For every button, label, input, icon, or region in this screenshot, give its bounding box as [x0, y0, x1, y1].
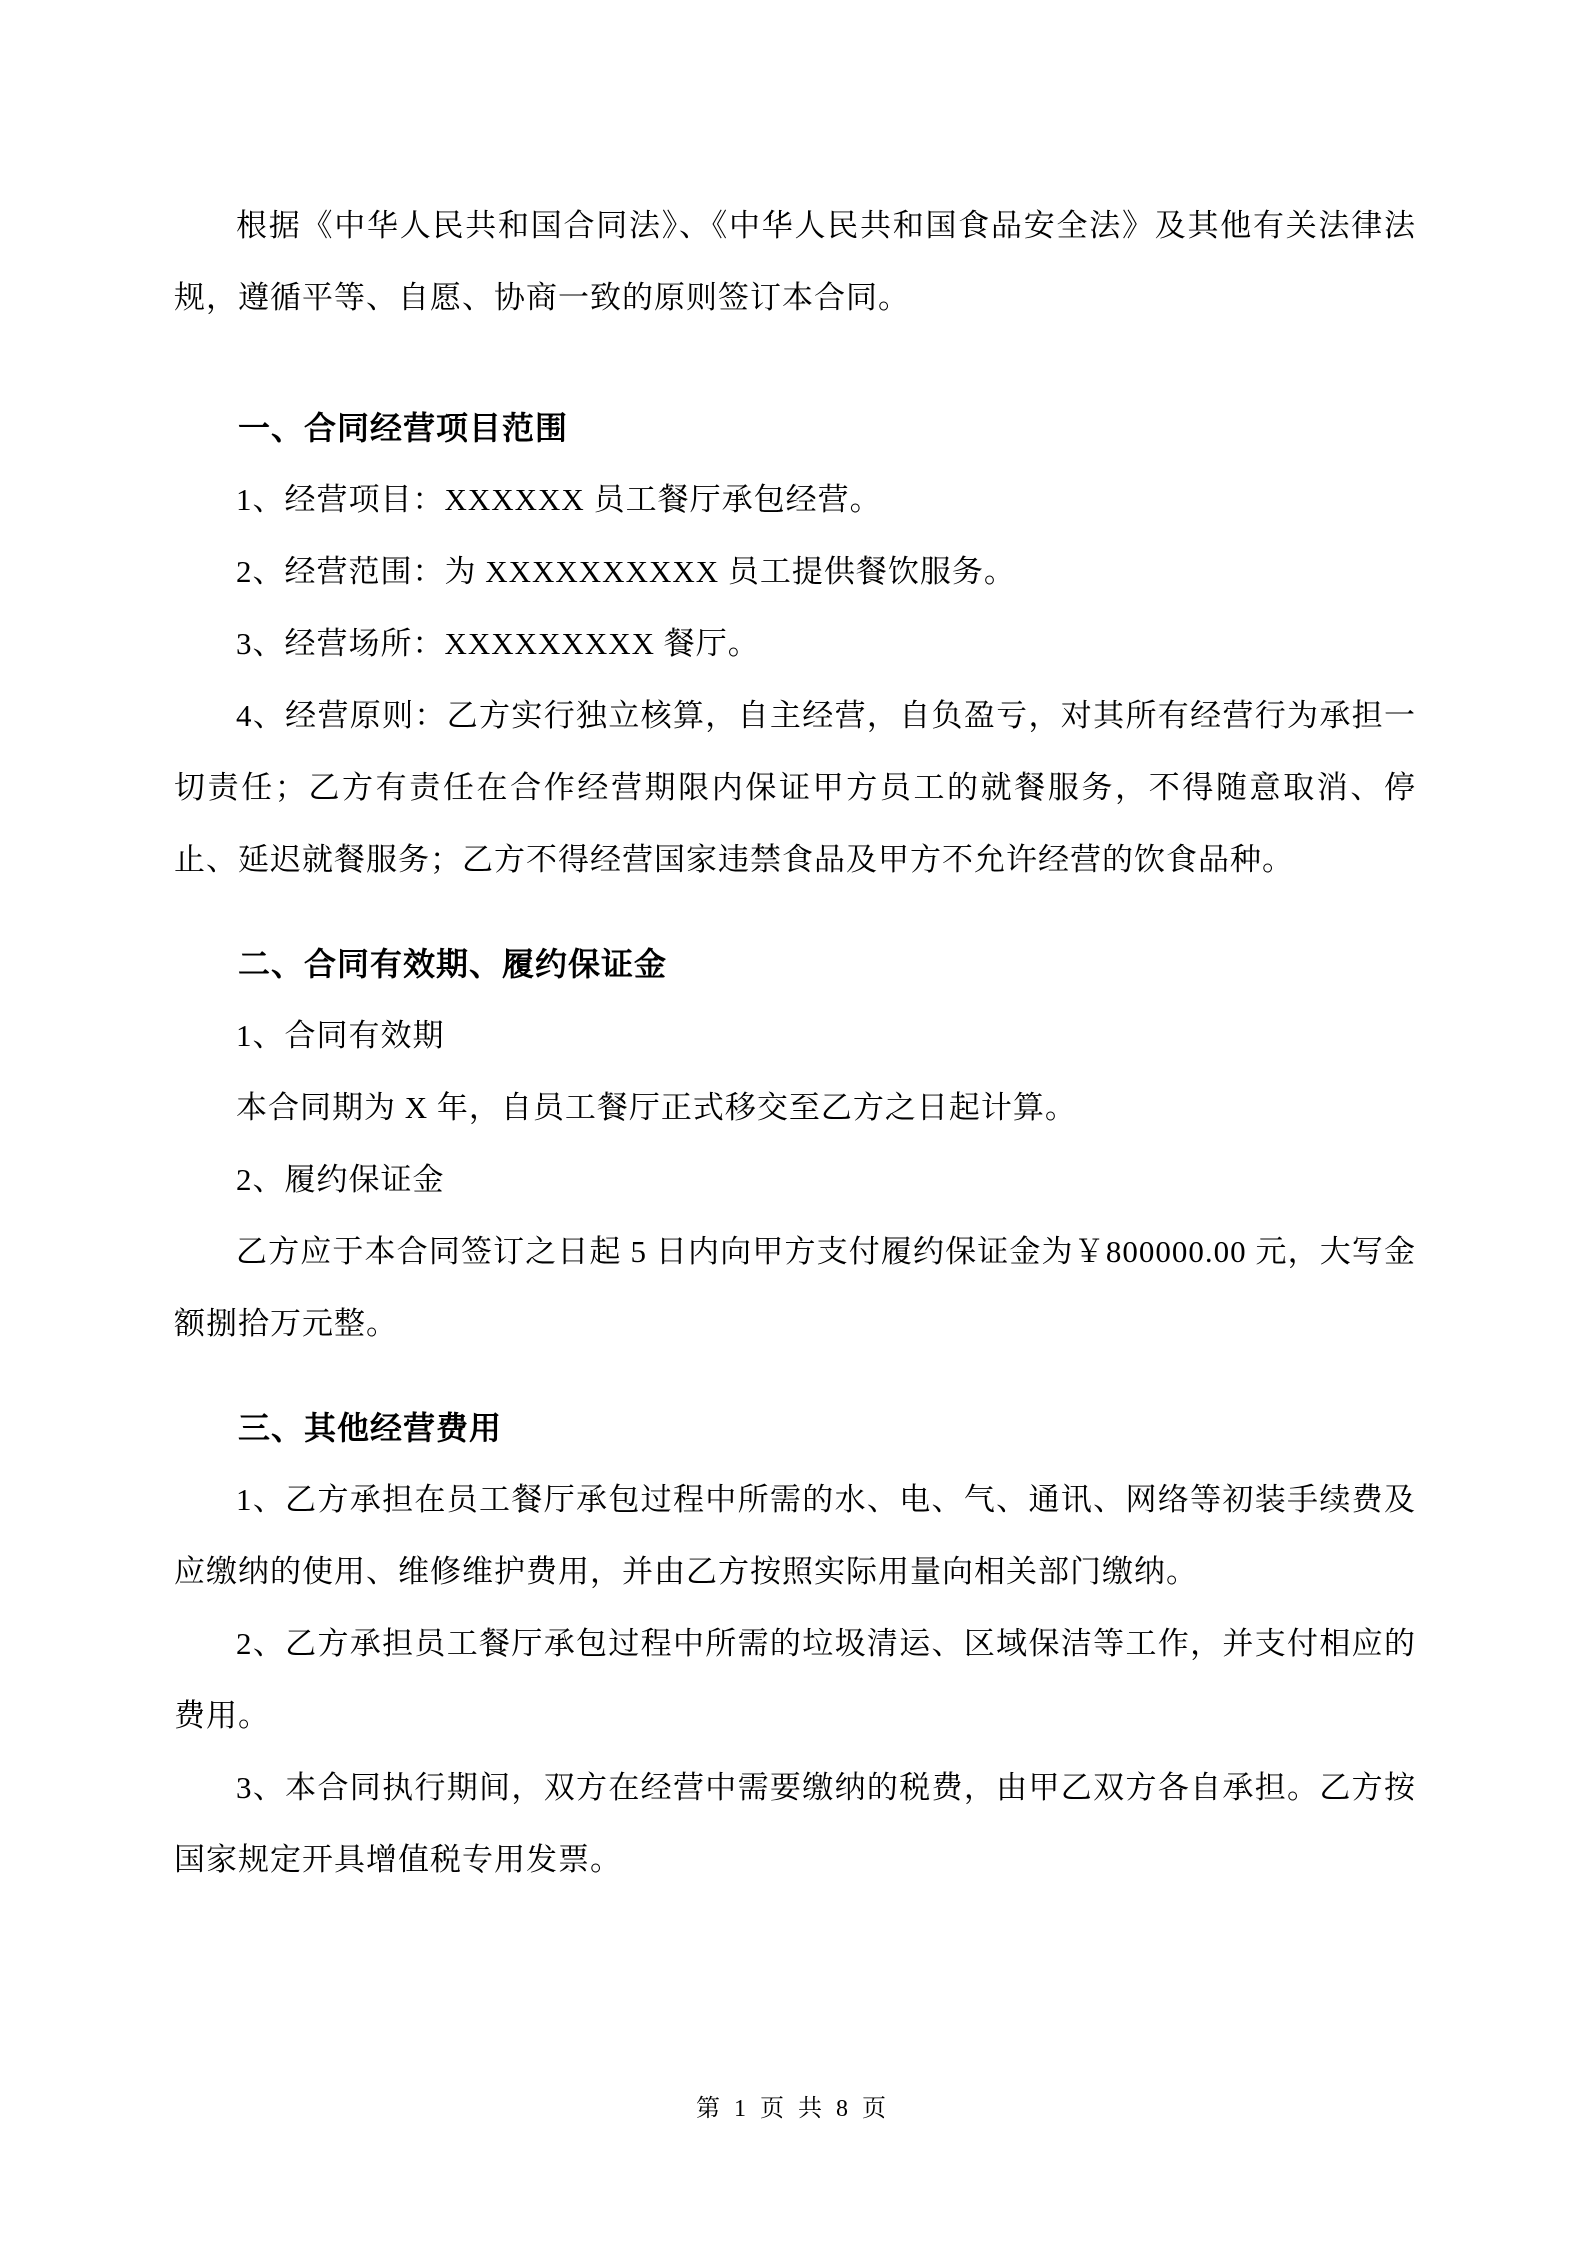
intro-paragraph: 根据《中华人民共和国合同法》、《中华人民共和国食品安全法》及其他有关法律法规，遵… [174, 190, 1416, 334]
paragraph: 1、经营项目：XXXXXX 员工餐厅承包经营。 [174, 464, 1416, 536]
paragraph: 3、经营场所：XXXXXXXXX 餐厅。 [174, 608, 1416, 680]
paragraph: 3、本合同执行期间，双方在经营中需要缴纳的税费，由甲乙双方各自承担。乙方按国家规… [174, 1752, 1416, 1896]
paragraph: 2、乙方承担员工餐厅承包过程中所需的垃圾清运、区域保洁等工作，并支付相应的费用。 [174, 1608, 1416, 1752]
page-footer: 第 1 页 共 8 页 [0, 2088, 1586, 2123]
paragraph: 乙方应于本合同签订之日起 5 日内向甲方支付履约保证金为￥800000.00 元… [174, 1216, 1416, 1360]
paragraph: 2、经营范围：为 XXXXXXXXXX 员工提供餐饮服务。 [174, 536, 1416, 608]
section-heading-2: 二、合同有效期、履约保证金 [174, 928, 1416, 1000]
section-heading-1: 一、合同经营项目范围 [174, 392, 1416, 464]
section-heading-3: 三、其他经营费用 [174, 1392, 1416, 1464]
paragraph: 4、经营原则：乙方实行独立核算，自主经营，自负盈亏，对其所有经营行为承担一切责任… [174, 680, 1416, 896]
contract-page: 根据《中华人民共和国合同法》、《中华人民共和国食品安全法》及其他有关法律法规，遵… [0, 0, 1586, 2244]
paragraph: 本合同期为 X 年，自员工餐厅正式移交至乙方之日起计算。 [174, 1072, 1416, 1144]
paragraph: 1、合同有效期 [174, 1000, 1416, 1072]
paragraph: 1、乙方承担在员工餐厅承包过程中所需的水、电、气、通讯、网络等初装手续费及应缴纳… [174, 1464, 1416, 1608]
contract-body: 根据《中华人民共和国合同法》、《中华人民共和国食品安全法》及其他有关法律法规，遵… [174, 190, 1416, 1896]
paragraph: 2、履约保证金 [174, 1144, 1416, 1216]
